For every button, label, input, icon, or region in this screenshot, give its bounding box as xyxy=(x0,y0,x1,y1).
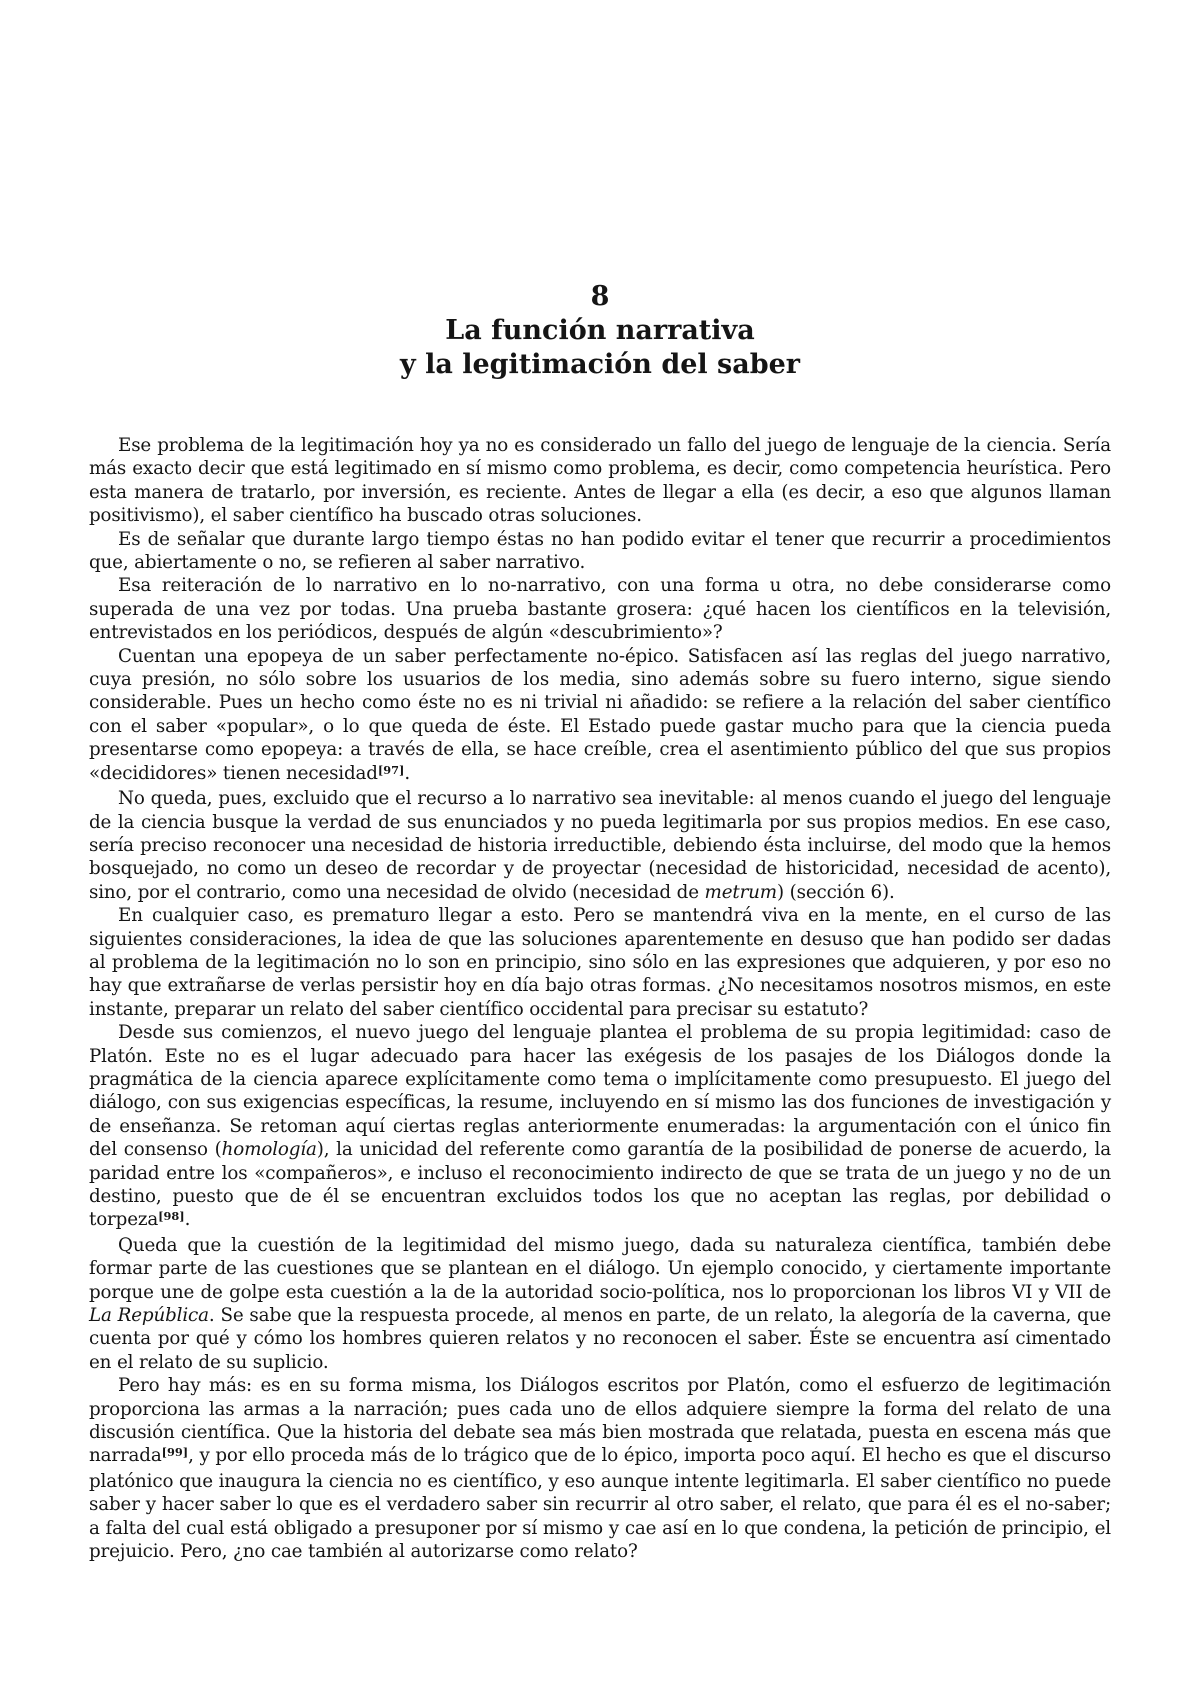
footnote-reference: [97] xyxy=(378,763,404,777)
chapter-title-line-2: y la legitimación del saber xyxy=(89,348,1111,382)
page-content: 8 La función narrativa y la legitimación… xyxy=(89,280,1111,1564)
chapter-body: Ese problema de la legitimación hoy ya n… xyxy=(89,434,1111,1564)
paragraph-5: No queda, pues, excluido que el recurso … xyxy=(89,787,1111,904)
chapter-number: 8 xyxy=(89,280,1111,314)
book-page: 8 La función narrativa y la legitimación… xyxy=(0,0,1200,1698)
italic-phrase: La República xyxy=(89,1305,209,1326)
paragraph-9: Pero hay más: es en su forma misma, los … xyxy=(89,1374,1111,1563)
italic-phrase: homología xyxy=(222,1139,317,1160)
paragraph-3: Esa reiteración de lo narrativo en lo no… xyxy=(89,574,1111,644)
paragraph-1: Ese problema de la legitimación hoy ya n… xyxy=(89,434,1111,528)
paragraph-8: Queda que la cuestión de la legitimidad … xyxy=(89,1234,1111,1374)
paragraph-6: En cualquier caso, es prematuro llegar a… xyxy=(89,904,1111,1021)
italic-phrase: metrum xyxy=(705,882,777,903)
paragraph-7: Desde sus comienzos, el nuevo juego del … xyxy=(89,1021,1111,1234)
paragraph-4: Cuentan una epopeya de un saber perfecta… xyxy=(89,645,1111,787)
chapter-title-line-1: La función narrativa xyxy=(89,314,1111,348)
footnote-reference: [99] xyxy=(162,1445,188,1459)
chapter-header: 8 La función narrativa y la legitimación… xyxy=(89,280,1111,382)
footnote-reference: [98] xyxy=(158,1209,184,1223)
paragraph-2: Es de señalar que durante largo tiempo é… xyxy=(89,528,1111,575)
